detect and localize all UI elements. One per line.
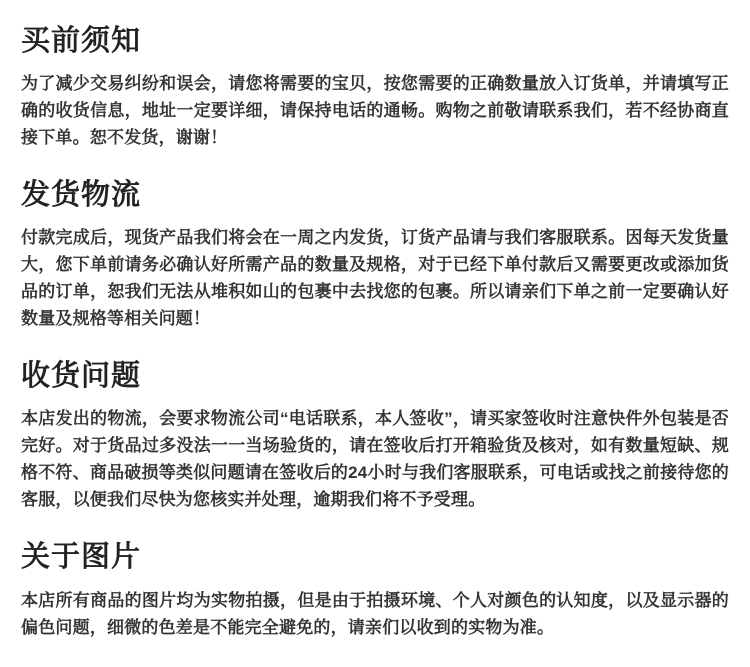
- section-heading-images: 关于图片: [21, 538, 729, 577]
- section-body-receiving: 本店发出的物流，会要求物流公司“电话联系，本人签收”，请买家签收时注意快件外包装…: [21, 405, 729, 513]
- section-heading-pre-purchase: 买前须知: [21, 22, 729, 61]
- section-body-pre-purchase: 为了减少交易纠纷和误会，请您将需要的宝贝，按您需要的正确数量放入订货单，并请填写…: [21, 70, 729, 151]
- section-receiving-issues: 收货问题 本店发出的物流，会要求物流公司“电话联系，本人签收”，请买家签收时注意…: [21, 357, 729, 513]
- section-body-images: 本店所有商品的图片均为实物拍摄，但是由于拍摄环境、个人对颜色的认知度，以及显示器…: [21, 587, 729, 641]
- section-heading-receiving: 收货问题: [21, 357, 729, 396]
- section-shipping-logistics: 发货物流 付款完成后，现货产品我们将会在一周之内发货，订货产品请与我们客服联系。…: [21, 176, 729, 332]
- section-body-shipping: 付款完成后，现货产品我们将会在一周之内发货，订货产品请与我们客服联系。因每天发货…: [21, 224, 729, 332]
- section-pre-purchase-notes: 买前须知 为了减少交易纠纷和误会，请您将需要的宝贝，按您需要的正确数量放入订货单…: [21, 22, 729, 151]
- notice-page: 买前须知 为了减少交易纠纷和误会，请您将需要的宝贝，按您需要的正确数量放入订货单…: [0, 0, 750, 661]
- section-heading-shipping: 发货物流: [21, 176, 729, 215]
- section-about-images: 关于图片 本店所有商品的图片均为实物拍摄，但是由于拍摄环境、个人对颜色的认知度，…: [21, 538, 729, 640]
